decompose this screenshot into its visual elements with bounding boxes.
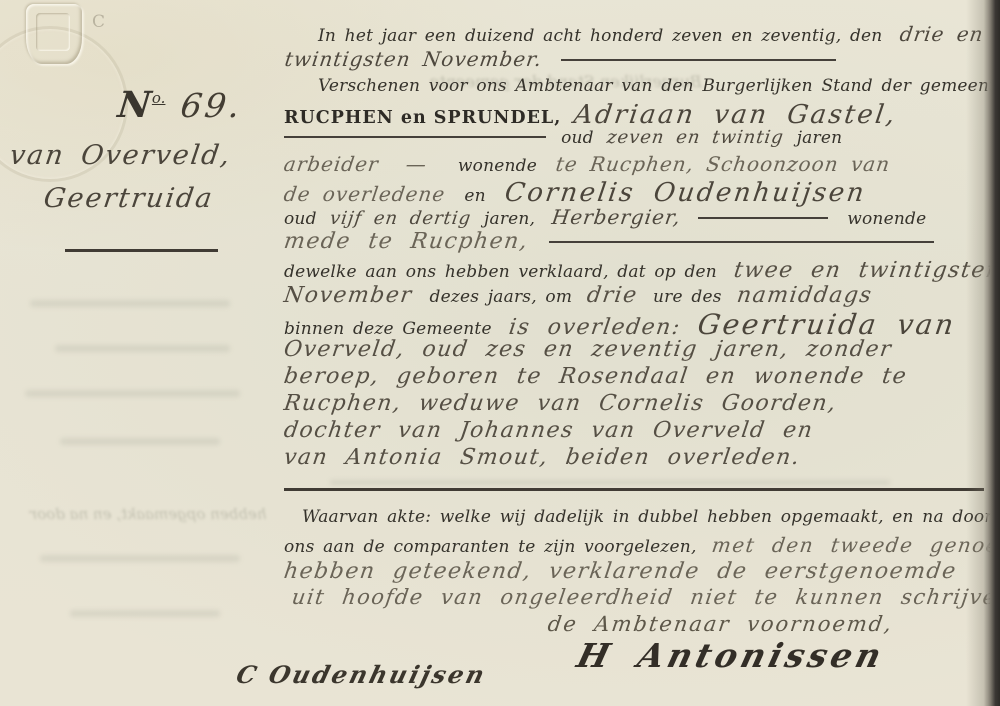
death-daypart: namiddags [735,283,874,308]
act-number-sup: o. [152,89,166,107]
printed-en: en [464,186,485,206]
bleedthrough-streak [25,390,240,397]
margin-rule [65,249,218,252]
act-line-21: uit hoofde van ongeleerdheid niet te kun… [292,585,1000,609]
printed-jaren: jaren, [484,209,535,229]
witness-signature: C Oudenhuijsen [233,660,489,689]
deceased-details-1: Overveld, oud zes en zeventig jaren, zon… [282,337,894,362]
official-signature: H Antonissen [573,636,889,675]
witness-signature-line: C Oudenhuijsen [237,660,486,689]
page-edge [966,0,1000,706]
act-line-10: dewelke aan ons hebben verklaard, dat op… [284,258,1000,283]
embossed-seal-shield [36,13,70,51]
handwritten-day-part2: twintigsten November. [283,47,543,71]
official-title: de Ambtenaar voornoemd, [546,612,894,636]
declarant-1-residence: te Rucphen, Schoonzoon van [554,152,892,176]
printed-binnen-gemeente: binnen deze Gemeente [284,319,492,339]
closing-title-line: de Ambtenaar voornoemd, [548,612,893,636]
section-divider-rule [284,488,984,491]
closing-hw-2: hebben geteekend, verklarende de eerstge… [282,559,958,584]
bleedthrough-streak [70,610,220,617]
act-line-11: November dezes jaars, om drie ure des na… [284,283,872,308]
declarant-2-name: Cornelis Oudenhuijsen [503,178,868,208]
relation-text: de overledene [282,182,447,206]
bleedthrough-streak [330,480,890,485]
margin-deceased-surname: van Overveld, [10,140,231,171]
printed-dezes-jaars: dezes jaars, om [430,287,573,307]
act-line-14: beroep, geboren te Rosendaal en wonende … [284,364,907,389]
act-line-4: RUCPHEN en SPRUNDEL, Adriaan van Gastel, [284,100,897,130]
declarant-2-residence: mede te Rucphen, [282,229,530,254]
printed-opening: In het jaar een duizend acht honderd zev… [318,26,882,46]
act-line-19: ons aan de comparanten te zijn voorgelez… [284,533,1000,557]
filler-rule [698,217,828,219]
act-line-1: In het jaar een duizend acht honderd zev… [318,22,983,46]
printed-wonende: wonende [847,209,926,229]
declarant-2-age: vijf en dertig [328,208,472,229]
declarant-1-name: Adriaan van Gastel, [572,100,899,130]
printed-waarvan-akte: Waarvan akte: welke wij dadelijk in dubb… [302,507,993,527]
printed-declaration: dewelke aan ons hebben verklaard, dat op… [284,262,717,282]
filler-rule [549,241,934,243]
act-number-value: 69. [179,86,246,125]
act-line-17: van Antonia Smout, beiden overleden. [284,445,800,470]
municipality-name: RUCPHEN en SPRUNDEL, [284,108,561,128]
declarant-1-age: zeven en twintig [605,127,785,148]
bleedthrough-streak [55,345,230,352]
act-line-13: Overveld, oud zes en zeventig jaren, zon… [284,337,892,362]
act-line-6: arbeider — wonende te Rucphen, Schoonzoo… [284,152,890,176]
deceased-parents-1: dochter van Johannes van Overveld en [282,418,815,443]
act-line-7: de overledene en Cornelis Oudenhuijsen [284,178,866,208]
bleedthrough-text: hebben opgemaakt, en na door [30,505,266,523]
deceased-details-3: Rucphen, weduwe van Cornelis Goorden, [282,391,838,416]
bleedthrough-streak [30,300,230,307]
act-number-prefix: N [116,84,153,126]
death-hour: drie [586,283,640,308]
corner-letter: C [92,12,105,32]
printed-voorgelezen: ons aan de comparanten te zijn voorgelez… [284,537,697,557]
margin-deceased-firstname: Geertruida [44,183,214,214]
act-line-3: Verschenen voor ons Ambtenaar van den Bu… [318,76,1000,96]
closing-hw-3: uit hoofde van ongeleerdheid niet te kun… [290,585,1000,609]
death-day: twee en twintigsten [732,258,1000,283]
deceased-details-2: beroep, geboren te Rosendaal en wonende … [282,364,909,389]
bleedthrough-streak [40,555,240,562]
act-line-15: Rucphen, weduwe van Cornelis Goorden, [284,391,837,416]
act-line-2: twintigsten November. [285,47,836,71]
filler-rule [561,59,836,61]
printed-jaren: jaren [797,128,843,148]
embossed-seal-icon [26,4,82,64]
act-line-18: Waarvan akte: welke wij dadelijk in dubb… [302,507,993,527]
printed-ure-des: ure des [653,287,722,307]
printed-oud: oud [284,209,317,229]
act-line-8: oud vijf en dertig jaren, Herbergier, wo… [284,205,926,229]
declarant-2-occupation: Herbergier, [551,205,683,229]
deceased-parents-2: van Antonia Smout, beiden overleden. [282,445,802,470]
printed-verschenen: Verschenen voor ons Ambtenaar van den Bu… [318,76,1000,96]
act-number: No.69. [118,84,243,126]
printed-wonende: wonende [458,156,537,176]
dash: — [404,152,428,176]
declarant-1-occupation: arbeider [282,152,380,176]
act-line-5: oud zeven en twintig jaren [284,127,842,148]
bleedthrough-streak [60,438,220,445]
act-line-16: dochter van Johannes van Overveld en [284,418,813,443]
closing-hw-1: met den tweede genoemde [710,533,1000,557]
act-line-9: mede te Rucphen, [284,229,934,254]
filler-rule [284,136,546,138]
act-line-20: hebben geteekend, verklarende de eerstge… [284,559,957,584]
deceased-firstname: Geertruida [42,183,216,214]
official-signature-line: H Antonissen [578,636,884,675]
death-month: November [282,283,414,308]
death-certificate-page: Burgerlijken Stand der gemeente hebben o… [0,0,1000,706]
deceased-surname: van Overveld, [8,140,234,171]
printed-oud: oud [561,128,594,148]
